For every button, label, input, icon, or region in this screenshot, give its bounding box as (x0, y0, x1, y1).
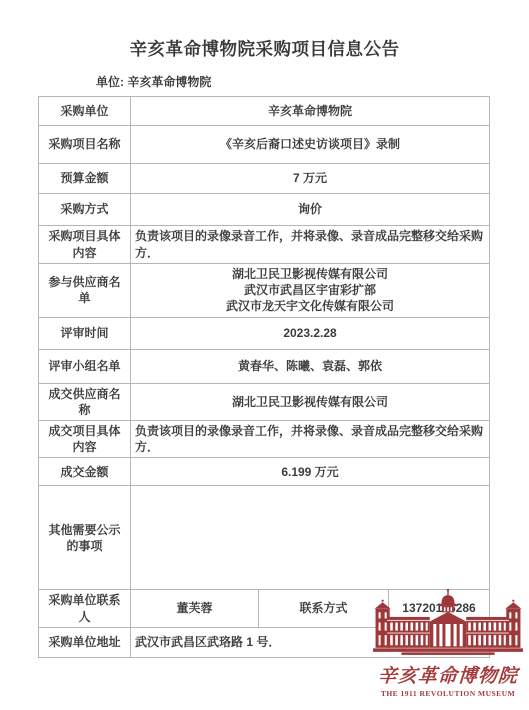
supplier-name: 武汉市武昌区宇宙彩扩部 (135, 282, 485, 298)
procurement-info-table: 采购单位 辛亥革命博物院 采购项目名称 《辛亥后裔口述史访谈项目》录制 预算金额… (38, 96, 490, 658)
row-value: 负责该项目的录像录音工作，并将录像、录音成品完整移交给采购方． (131, 420, 490, 457)
row-label: 采购项目名称 (39, 126, 131, 164)
table-row: 成交金额 6.199 万元 (39, 458, 490, 486)
row-label: 成交金额 (39, 458, 131, 486)
row-label: 采购单位联系人 (39, 590, 131, 627)
table-row: 评审小组名单 黄春华、陈曦、袁磊、郭依 (39, 349, 490, 383)
table-row: 采购方式 询价 (39, 194, 490, 226)
table-row: 采购项目具体内容 负责该项目的录像录音工作，并将录像、录音成品完整移交给采购方． (39, 226, 490, 264)
unit-line: 单位: 辛亥革命博物院 (96, 73, 211, 90)
table-row: 评审时间 2023.2.28 (39, 317, 490, 349)
row-label: 评审小组名单 (39, 349, 131, 383)
table-row: 成交项目具体内容 负责该项目的录像录音工作，并将录像、录音成品完整移交给采购方． (39, 420, 490, 457)
supplier-name: 武汉市龙天宇文化传媒有限公司 (135, 298, 485, 314)
table-row: 采购单位 辛亥革命博物院 (39, 97, 490, 126)
row-label: 预算金额 (39, 164, 131, 194)
row-value: 2023.2.28 (131, 317, 490, 349)
supplier-name: 湖北卫民卫影视传媒有限公司 (135, 266, 485, 282)
contact-method-label: 联系方式 (259, 590, 389, 627)
row-value: 辛亥革命博物院 (131, 97, 490, 126)
museum-building-icon (372, 588, 524, 659)
table-row: 预算金额 7 万元 (39, 164, 490, 194)
contact-name: 董芙蓉 (131, 590, 259, 627)
row-value: 湖北卫民卫影视传媒有限公司 武汉市武昌区宇宙彩扩部 武汉市龙天宇文化传媒有限公司 (131, 264, 490, 318)
museum-logo: 辛亥革命博物院 THE 1911 REVOLUTION MUSEUM (372, 588, 524, 698)
row-value: 7 万元 (131, 164, 490, 194)
row-label: 参与供应商名单 (39, 264, 131, 318)
row-label: 其他需要公示的事项 (39, 486, 131, 590)
row-value (131, 486, 490, 590)
row-value: 询价 (131, 194, 490, 226)
row-value: 负责该项目的录像录音工作，并将录像、录音成品完整移交给采购方． (131, 226, 490, 264)
row-label: 采购项目具体内容 (39, 226, 131, 264)
row-value: 湖北卫民卫影视传媒有限公司 (131, 383, 490, 420)
row-value: 6.199 万元 (131, 458, 490, 486)
museum-name-chinese: 辛亥革命博物院 (371, 661, 525, 688)
table-row: 成交供应商名称 湖北卫民卫影视传媒有限公司 (39, 383, 490, 420)
row-label: 评审时间 (39, 317, 131, 349)
row-value: 黄春华、陈曦、袁磊、郭依 (131, 349, 490, 383)
row-label: 采购方式 (39, 194, 131, 226)
table-row: 采购项目名称 《辛亥后裔口述史访谈项目》录制 (39, 126, 490, 164)
table-row: 其他需要公示的事项 (39, 486, 490, 590)
museum-name-english: THE 1911 REVOLUTION MUSEUM (372, 689, 524, 698)
row-label: 采购单位地址 (39, 627, 131, 657)
row-label: 成交供应商名称 (39, 383, 131, 420)
row-value: 《辛亥后裔口述史访谈项目》录制 (131, 126, 490, 164)
row-label: 采购单位 (39, 97, 131, 126)
page-title: 辛亥革命博物院采购项目信息公告 (0, 36, 529, 61)
table-row: 参与供应商名单 湖北卫民卫影视传媒有限公司 武汉市武昌区宇宙彩扩部 武汉市龙天宇… (39, 264, 490, 318)
row-label: 成交项目具体内容 (39, 420, 131, 457)
